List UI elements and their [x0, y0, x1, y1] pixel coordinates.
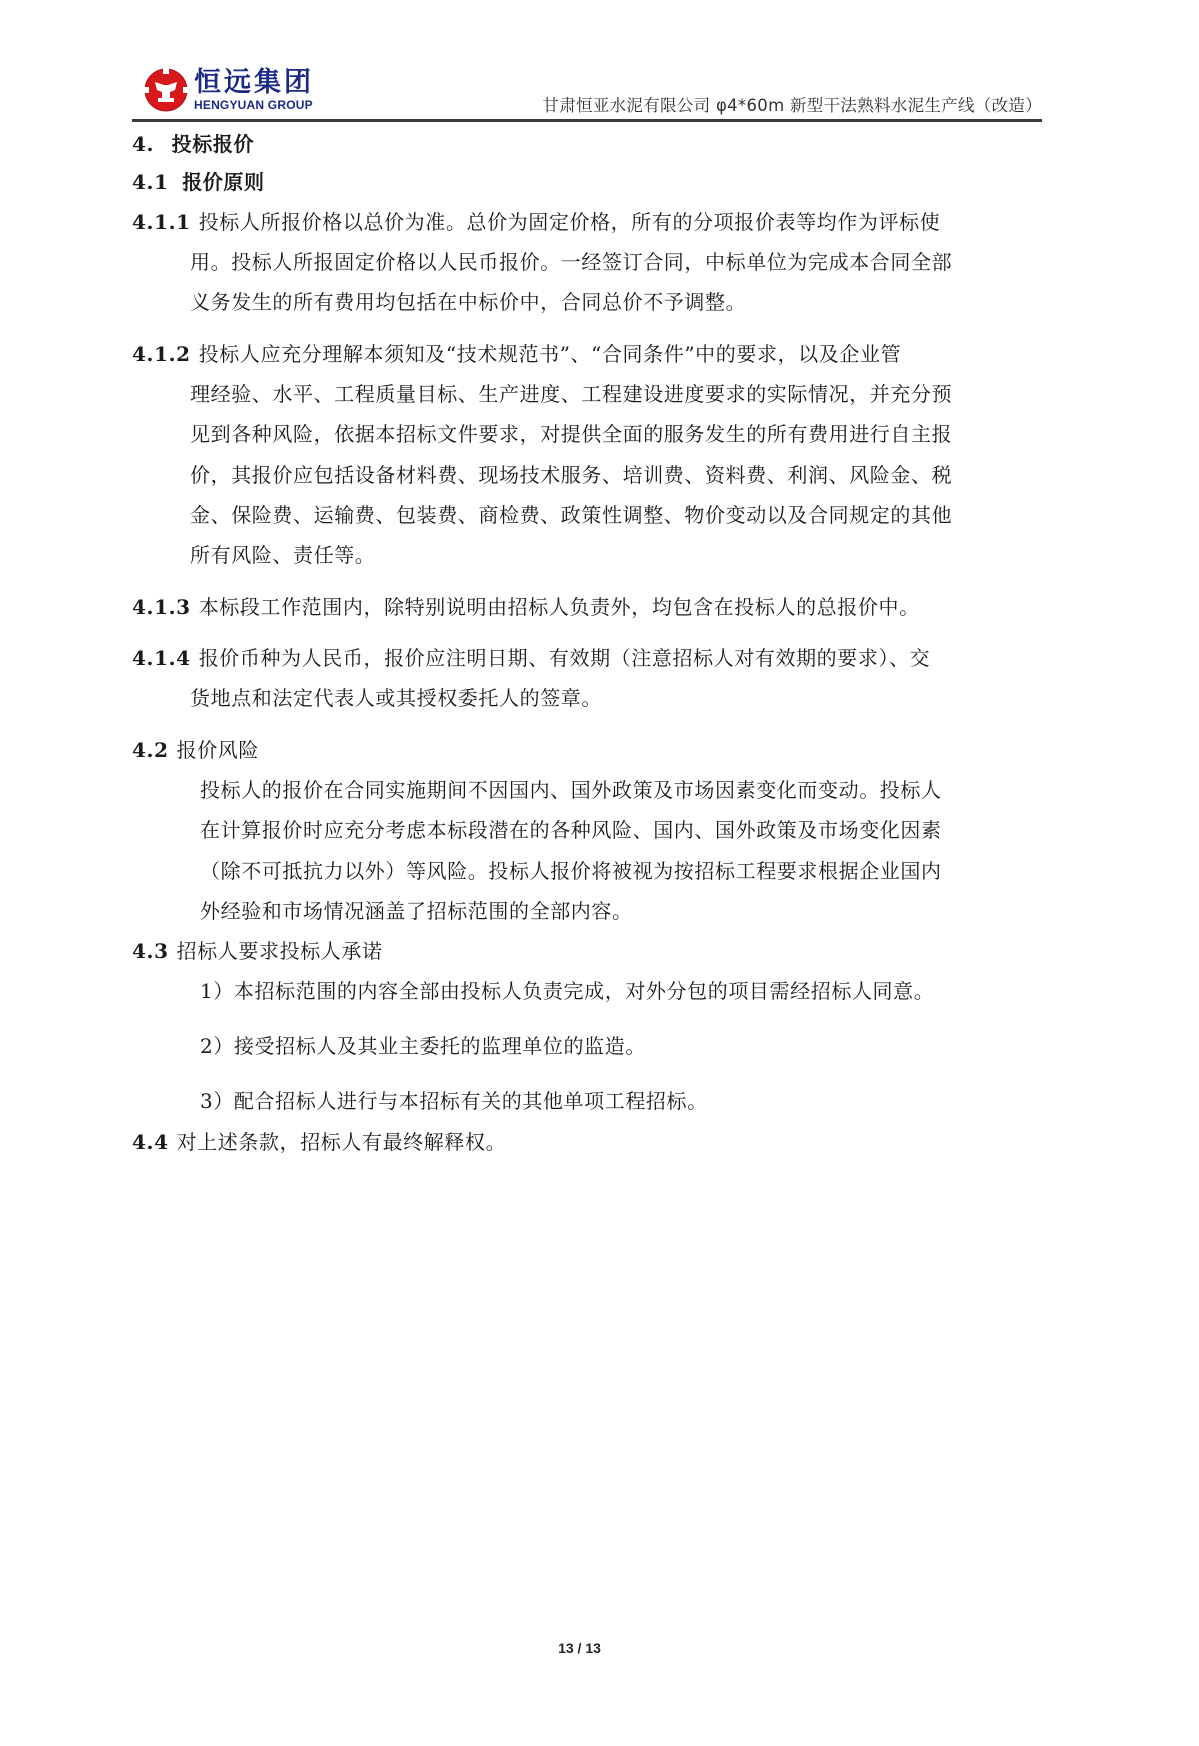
logo-chinese-name: 恒远集团	[194, 68, 314, 98]
page-header: 恒远集团 HENGYUAN GROUP 甘肃恒亚水泥有限公司 φ4*60m 新型…	[132, 62, 1042, 120]
subsection-title: 报价风险	[177, 738, 259, 762]
subsection-title: 招标人要求投标人承诺	[177, 939, 383, 963]
clause-number: 4.1.2	[132, 342, 191, 366]
paragraph-line: 在计算报价时应充分考虑本标段潜在的各种风险、国内、国外政策及市场变化因素	[200, 816, 942, 844]
clause-text-line: 所有风险、责任等。	[190, 541, 375, 569]
subsection-4-4: 4.4对上述条款，招标人有最终解释权。	[132, 1128, 506, 1156]
clause-text-line: 货地点和法定代表人或其授权委托人的签章。	[190, 684, 602, 712]
page-number: 13 / 13	[0, 1640, 1199, 1656]
paragraph-line: 投标人的报价在合同实施期间不因国内、国外政策及市场因素变化而变动。投标人	[200, 776, 942, 804]
clause-number: 4.1.1	[132, 210, 191, 234]
clause-text-line: 价，其报价应包括设备材料费、现场技术服务、培训费、资料费、利润、风险金、税	[190, 461, 952, 489]
logo-mark-icon	[144, 68, 188, 112]
clause-text-line: 义务发生的所有费用均包括在中标价中，合同总价不予调整。	[190, 288, 746, 316]
clause-text-line: 报价币种为人民币，报价应注明日期、有效期（注意招标人对有效期的要求）、交	[199, 646, 931, 670]
company-logo: 恒远集团 HENGYUAN GROUP	[144, 64, 314, 116]
subsection-text: 对上述条款，招标人有最终解释权。	[177, 1130, 507, 1154]
subsection-heading-4-2: 4.2报价风险	[132, 736, 259, 764]
list-item: 1）本招标范围的内容全部由投标人负责完成，对外分包的项目需经招标人同意。	[200, 977, 934, 1005]
subsection-number: 4.3	[132, 939, 169, 963]
clause-4-1-2: 4.1.2投标人应充分理解本须知及“技术规范书”、“合同条件”中的要求，以及企业…	[132, 340, 901, 368]
section-number: 4.	[132, 132, 154, 156]
subsection-number: 4.1	[132, 170, 169, 194]
clause-text-line: 金、保险费、运输费、包装费、商检费、政策性调整、物价变动以及合同规定的其他	[190, 501, 952, 529]
clause-4-1-1: 4.1.1投标人所报价格以总价为准。总价为固定价格，所有的分项报价表等均作为评标…	[132, 208, 940, 236]
list-item: 2）接受招标人及其业主委托的监理单位的监造。	[200, 1032, 646, 1060]
section-title: 投标报价	[172, 132, 254, 156]
section-heading: 4. 投标报价	[132, 130, 254, 158]
subsection-heading-4-3: 4.3招标人要求投标人承诺	[132, 937, 383, 965]
clause-text-line: 投标人所报价格以总价为准。总价为固定价格，所有的分项报价表等均作为评标使	[199, 210, 941, 234]
clause-text-line: 本标段工作范围内，除特别说明由招标人负责外，均包含在投标人的总报价中。	[199, 595, 920, 619]
clause-4-1-4: 4.1.4报价币种为人民币，报价应注明日期、有效期（注意招标人对有效期的要求）、…	[132, 644, 930, 672]
paragraph-line: （除不可抵抗力以外）等风险。投标人报价将被视为按招标工程要求根据企业国内	[200, 857, 942, 885]
header-divider	[132, 119, 1042, 122]
subsection-heading-4-1: 4.1 报价原则	[132, 168, 265, 196]
paragraph-line: 外经验和市场情况涵盖了招标范围的全部内容。	[200, 897, 633, 925]
clause-text-line: 见到各种风险，依据本招标文件要求，对提供全面的服务发生的所有费用进行自主报	[190, 420, 952, 448]
clause-4-1-3: 4.1.3本标段工作范围内，除特别说明由招标人负责外，均包含在投标人的总报价中。	[132, 593, 920, 621]
subsection-number: 4.4	[132, 1130, 169, 1154]
subsection-number: 4.2	[132, 738, 169, 762]
logo-english-name: HENGYUAN GROUP	[194, 99, 314, 112]
document-page: 恒远集团 HENGYUAN GROUP 甘肃恒亚水泥有限公司 φ4*60m 新型…	[0, 0, 1199, 1746]
clause-number: 4.1.3	[132, 595, 191, 619]
document-header-title: 甘肃恒亚水泥有限公司 φ4*60m 新型干法熟料水泥生产线（改造）	[542, 92, 1042, 116]
clause-text-line: 用。投标人所报固定价格以人民币报价。一经签订合同，中标单位为完成本合同全部	[190, 248, 952, 276]
clause-number: 4.1.4	[132, 646, 191, 670]
clause-text-line: 投标人应充分理解本须知及“技术规范书”、“合同条件”中的要求，以及企业管	[199, 342, 902, 366]
list-item: 3）配合招标人进行与本招标有关的其他单项工程招标。	[200, 1087, 708, 1115]
subsection-title: 报价原则	[182, 170, 264, 194]
clause-text-line: 理经验、水平、工程质量目标、生产进度、工程建设进度要求的实际情况，并充分预	[190, 380, 952, 408]
